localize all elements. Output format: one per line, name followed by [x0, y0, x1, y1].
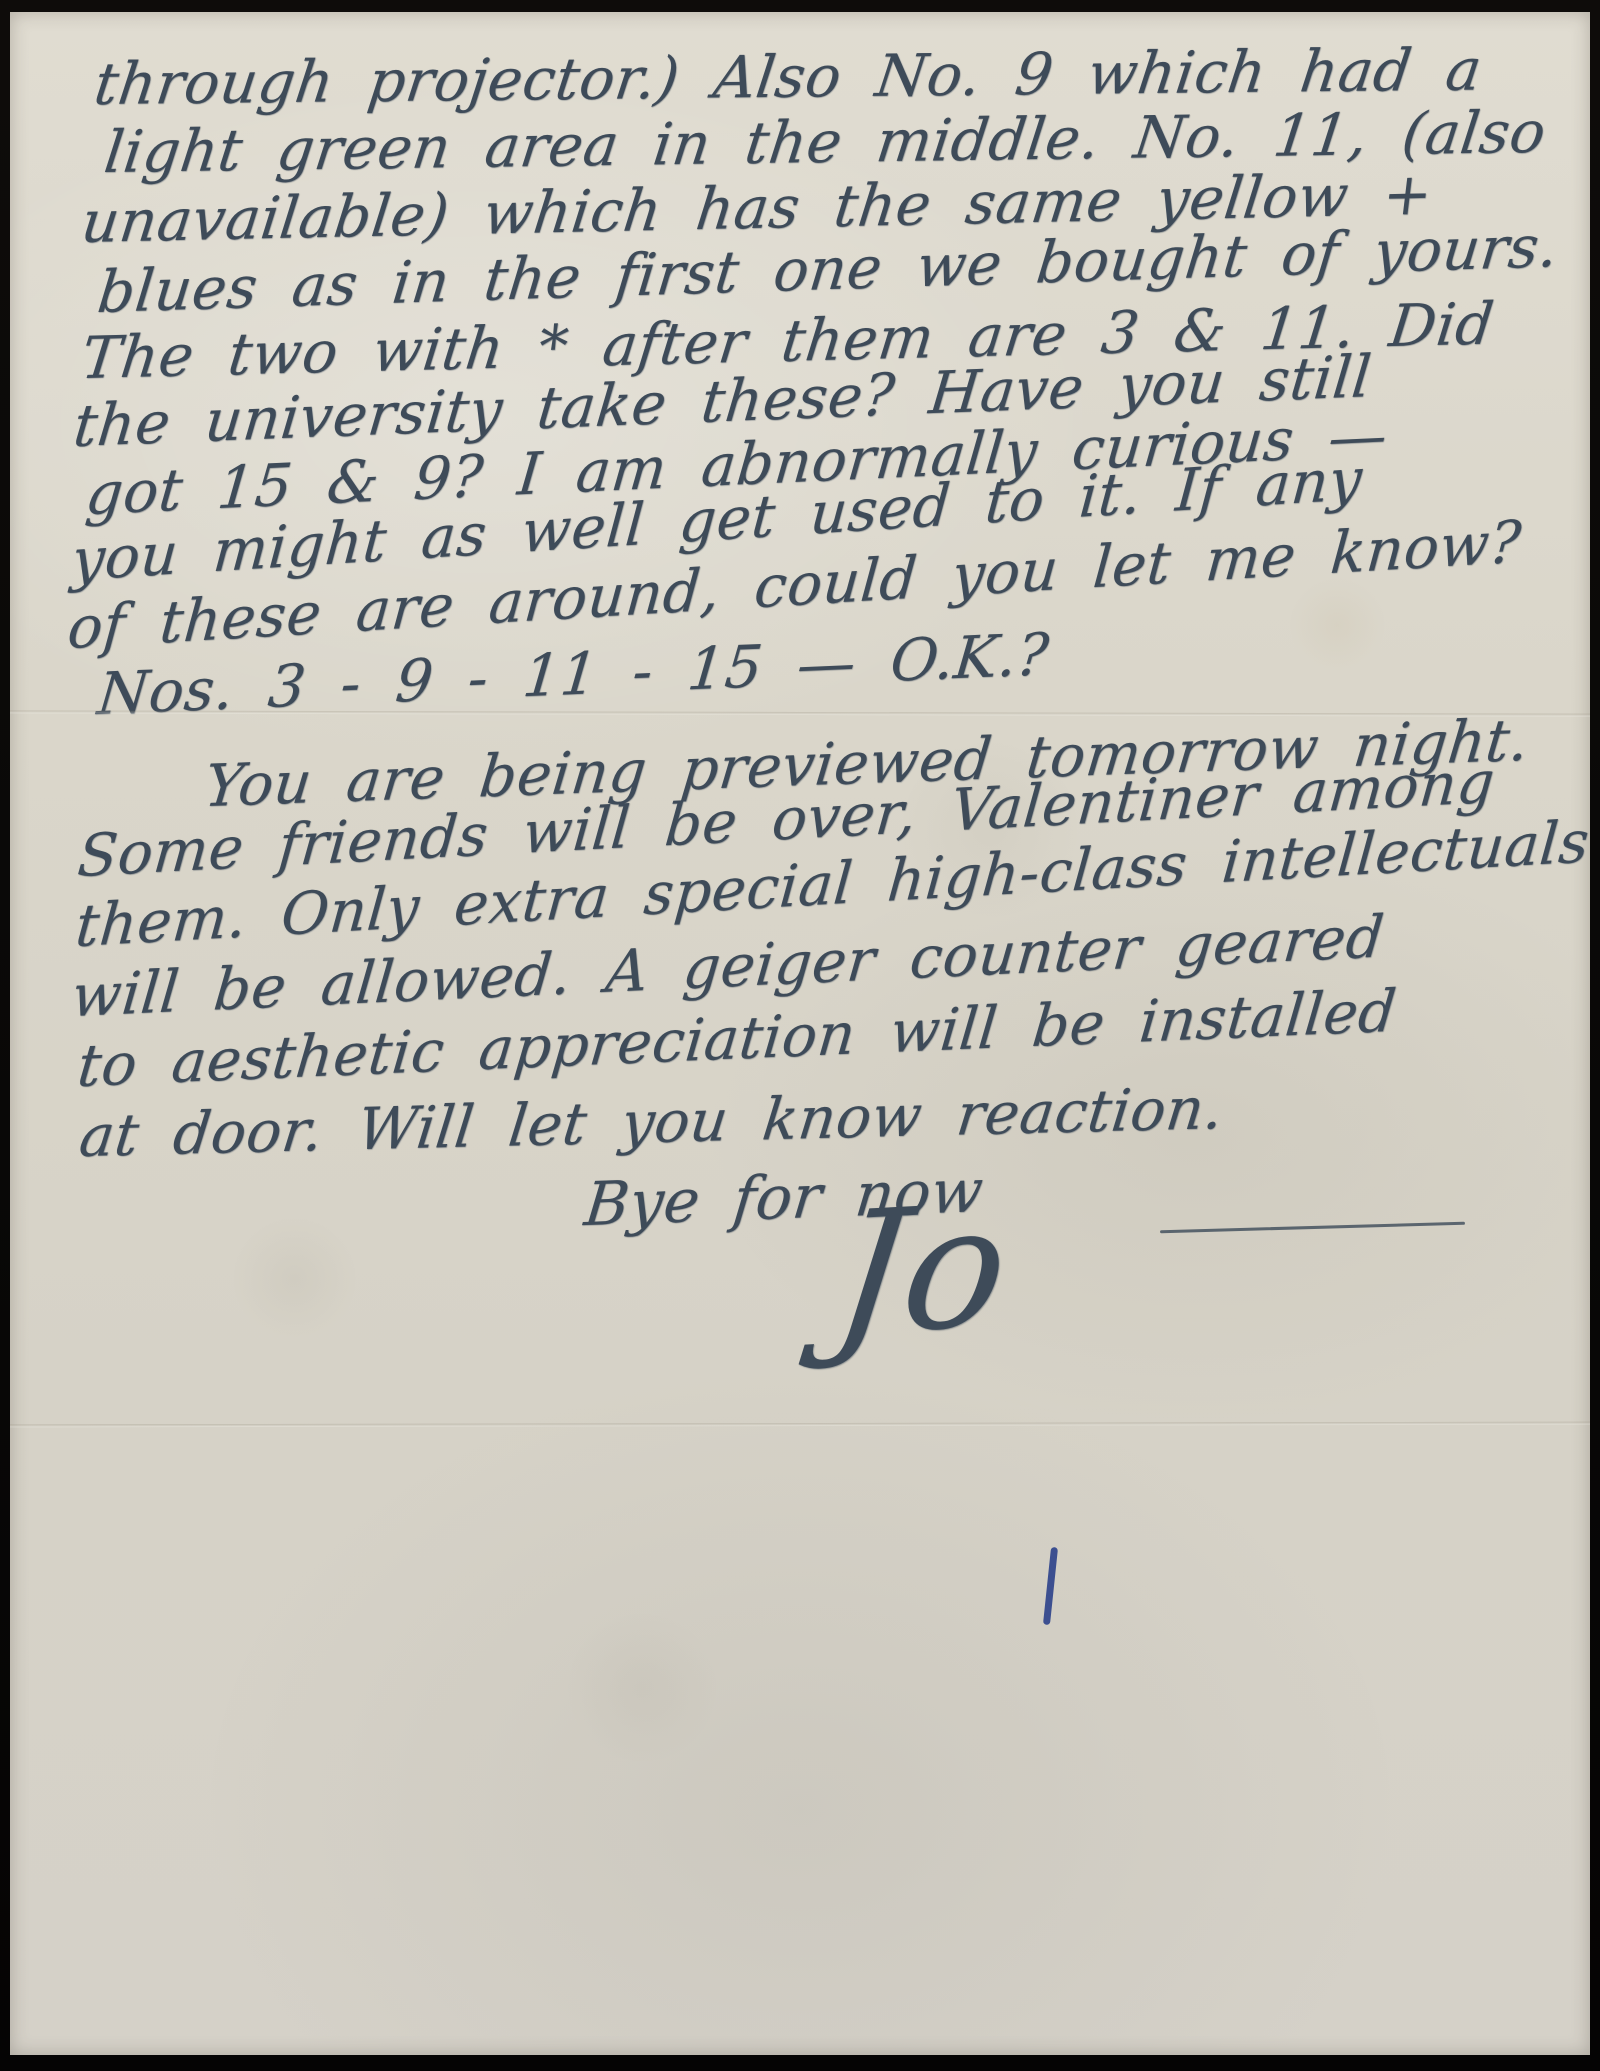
stray-ink-mark [1043, 1547, 1058, 1625]
scan-background: through projector.) Also No. 9 which had… [0, 0, 1600, 2071]
signature: Jo [827, 1181, 1016, 1359]
closing-flourish-stroke [1160, 1222, 1465, 1234]
letter-page: through projector.) Also No. 9 which had… [10, 12, 1590, 2055]
